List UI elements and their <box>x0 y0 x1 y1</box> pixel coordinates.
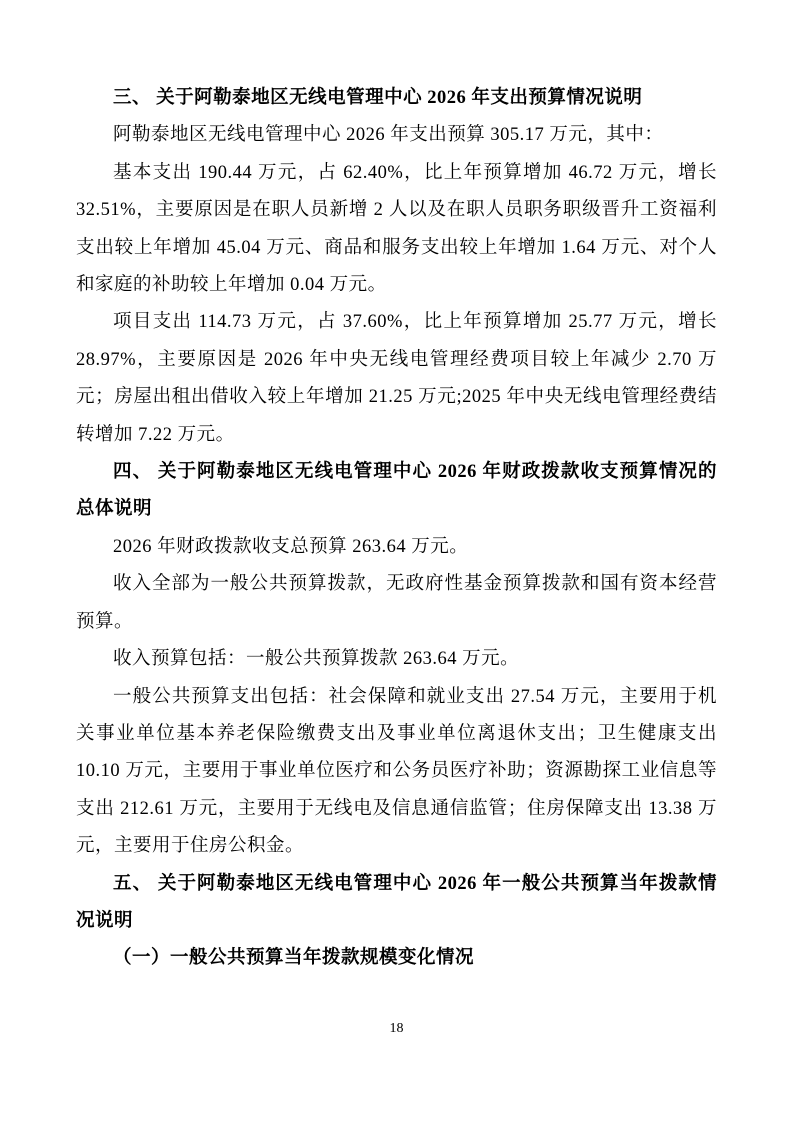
document-page: 三、 关于阿勒泰地区无线电管理中心 2026 年支出预算情况说明 阿勒泰地区无线… <box>0 0 793 1122</box>
section-heading-5-current-year-appropriation: 五、 关于阿勒泰地区无线电管理中心 2026 年一般公共预算当年拨款情况说明 <box>76 866 717 941</box>
paragraph-income-source: 收入全部为一般公共预算拨款，无政府性基金预算拨款和国有资本经营预算。 <box>76 566 717 641</box>
section-heading-3-expenditure-budget: 三、 关于阿勒泰地区无线电管理中心 2026 年支出预算情况说明 <box>76 80 717 117</box>
paragraph-fiscal-total-budget: 2026 年财政拨款收支总预算 263.64 万元。 <box>76 529 717 566</box>
section-heading-4-fiscal-appropriation: 四、 关于阿勒泰地区无线电管理中心 2026 年财政拨款收支预算情况的总体说明 <box>76 454 717 529</box>
page-number: 18 <box>0 1020 793 1038</box>
paragraph-income-budget-includes: 收入预算包括：一般公共预算拨款 263.64 万元。 <box>76 641 717 678</box>
paragraph-public-budget-expenditure-detail: 一般公共预算支出包括：社会保障和就业支出 27.54 万元，主要用于机关事业单位… <box>76 679 717 866</box>
paragraph-expenditure-total: 阿勒泰地区无线电管理中心 2026 年支出预算 305.17 万元，其中： <box>76 117 717 154</box>
paragraph-project-expenditure: 项目支出 114.73 万元，占 37.60%，比上年预算增加 25.77 万元… <box>76 304 717 454</box>
subsection-heading-1-appropriation-scale-change: （一）一般公共预算当年拨款规模变化情况 <box>76 940 717 977</box>
paragraph-basic-expenditure: 基本支出 190.44 万元，占 62.40%，比上年预算增加 46.72 万元… <box>76 155 717 305</box>
